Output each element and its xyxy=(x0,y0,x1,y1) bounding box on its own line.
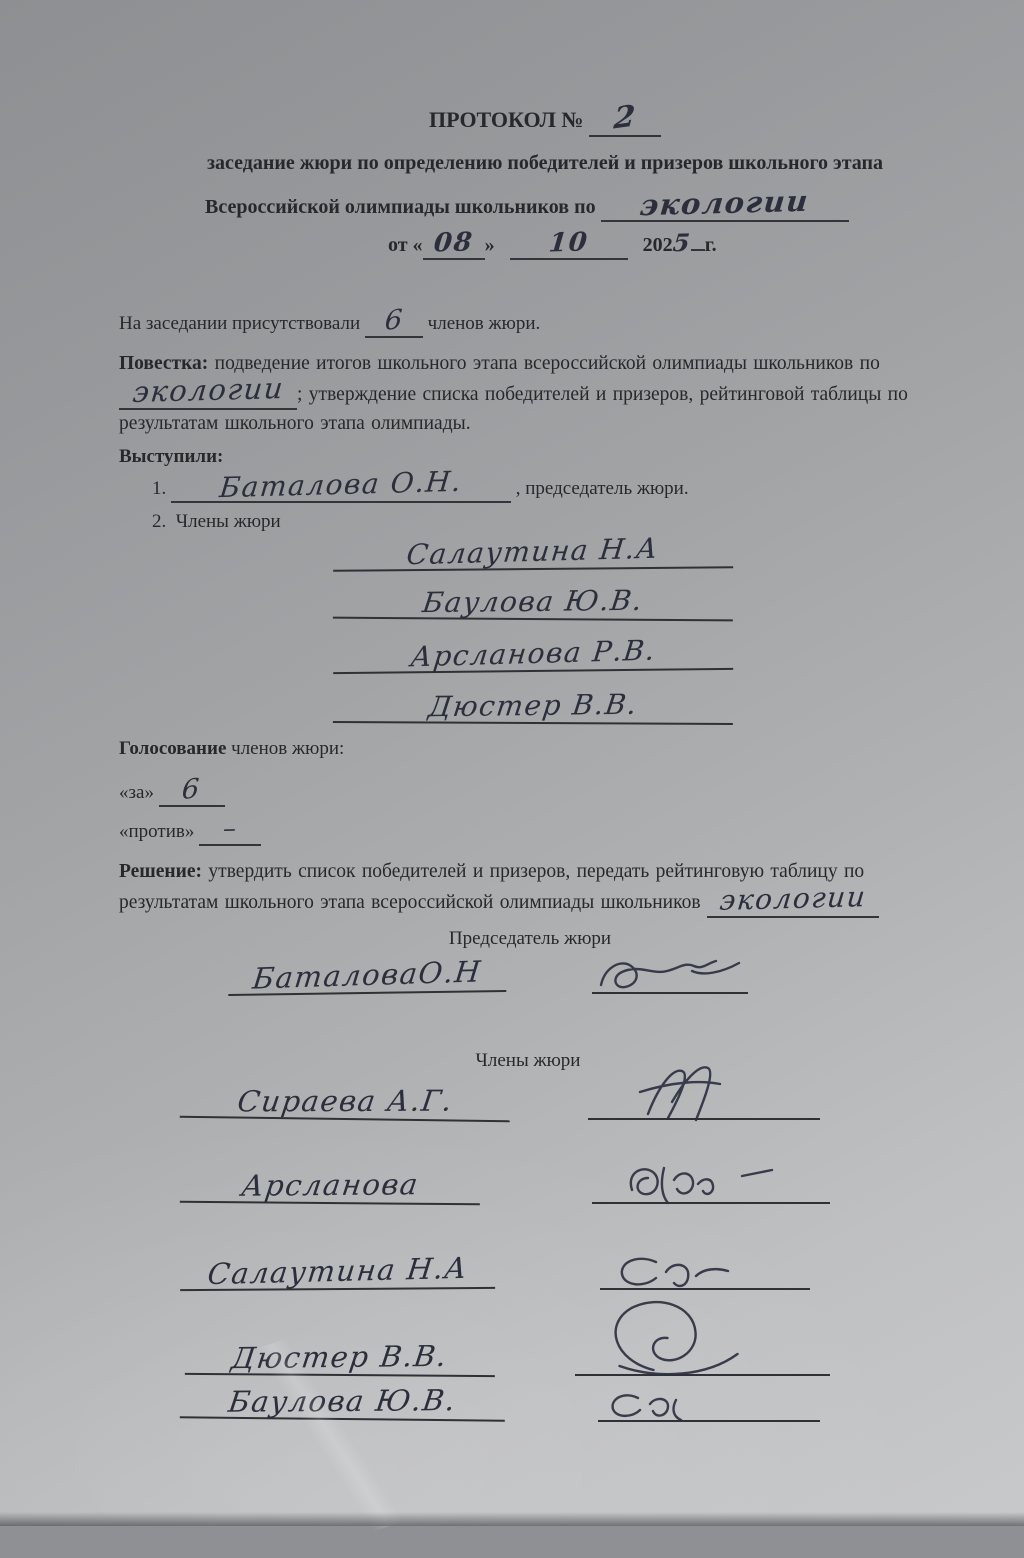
decision-label: Решение: xyxy=(119,861,202,882)
chairman-name-blank: Баталова О.Н. xyxy=(171,468,511,503)
protocol-number-handwritten: 2 xyxy=(612,99,637,137)
agenda-paragraph: Повестка: подведение итогов школьного эт… xyxy=(119,350,941,437)
vote-for-handwritten: 6 xyxy=(181,773,202,806)
member-line-1: Салаутина Н.А xyxy=(333,526,733,571)
date-prefix: от « xyxy=(388,234,423,256)
agenda-label: Повестка: xyxy=(119,353,208,374)
agenda-subject-handwritten: экологии xyxy=(131,375,285,406)
member-signature-scribble-1 xyxy=(588,1062,820,1122)
date-day-blank: 08 xyxy=(423,228,485,260)
subject-blank-title: экологии xyxy=(601,186,849,222)
date-month-blank: 10 xyxy=(510,228,628,260)
chairman-signature-name: БаталоваО.Н xyxy=(228,948,507,996)
subject-handwritten-title: экологии xyxy=(638,184,811,222)
chairman-heading: Председатель жюри xyxy=(0,928,1024,950)
member-line-1-handwritten: Салаутина Н.А xyxy=(405,532,661,572)
member-sign-row-1-name: Сираева А.Г. xyxy=(180,1076,511,1123)
vote-for-row: «за» 6 xyxy=(119,774,225,807)
member-sign-row-2-name: Арсланова xyxy=(180,1161,480,1206)
member-signature-scribble-2 xyxy=(592,1156,830,1206)
member-sign-row-2-signature xyxy=(592,1152,830,1204)
vote-against-blank: – xyxy=(199,814,261,846)
member-signature-scribble-4 xyxy=(575,1296,830,1378)
speaker-item-2-num: 2. xyxy=(152,511,166,532)
attendance-count-blank: 6 xyxy=(365,305,423,338)
member-sign-row-5-signature xyxy=(598,1382,820,1422)
vote-against-label: «против» xyxy=(119,821,194,842)
member-signature-scribble-5 xyxy=(598,1386,820,1424)
agenda-line1: подведение итогов школьного этапа всерос… xyxy=(215,353,880,374)
speaker-item-1-role: , председатель жюри. xyxy=(516,478,689,499)
date-year-printed: 202 xyxy=(643,234,673,256)
speaker-item-2-label: Члены жюри xyxy=(176,511,281,532)
subtitle-line2: Всероссийской олимпиады школьников по эк… xyxy=(205,186,849,222)
voting-row: Голосование членов жюри: xyxy=(119,738,344,760)
member-sign-row-1-signature xyxy=(588,1058,820,1120)
member-line-4-handwritten: Дюстер В.В. xyxy=(426,688,639,724)
decision-paragraph: Решение: утвердить список победителей и … xyxy=(119,858,949,918)
member-sign-row-4-signature xyxy=(575,1292,830,1376)
speaker-item-1-num: 1. xyxy=(152,478,166,499)
decision-subject-handwritten: экологии xyxy=(718,883,867,914)
speakers-label: Выступили: xyxy=(119,446,223,468)
subtitle-line1: заседание жюри по определению победителе… xyxy=(0,152,1024,175)
date-row: от «08» 10 2025г. xyxy=(388,228,717,260)
member-sign-row-3-handwritten: Салаутина Н.А xyxy=(205,1251,469,1291)
date-day-handwritten: 08 xyxy=(432,227,474,258)
chairman-signature-cell xyxy=(592,950,748,994)
member-line-2-handwritten: Баулова Ю.В. xyxy=(421,584,646,619)
attendance-row: На заседании присутствовали 6 членов жюр… xyxy=(119,305,540,338)
vote-for-label: «за» xyxy=(119,782,154,803)
title-row: ПРОТОКОЛ № 2 xyxy=(0,100,1024,137)
protocol-document-photo: ПРОТОКОЛ № 2 заседание жюри по определен… xyxy=(0,0,1024,1526)
date-quote-close: » xyxy=(485,234,495,256)
date-year-digit-handwritten: 5 xyxy=(671,228,692,257)
member-sign-row-3-name: Салаутина Н.А xyxy=(180,1247,495,1291)
subtitle-line2-text: Всероссийской олимпиады школьников по xyxy=(205,196,596,218)
speaker-item-2: 2. Члены жюри xyxy=(152,511,281,533)
page-title: ПРОТОКОЛ № xyxy=(429,107,583,132)
member-sign-row-3-signature xyxy=(600,1246,810,1290)
voting-label: Голосование xyxy=(119,738,226,759)
date-month-handwritten: 10 xyxy=(547,227,589,258)
member-line-4: Дюстер В.В. xyxy=(333,681,733,725)
decision-subject-blank: экологии xyxy=(707,885,879,918)
protocol-number-blank: 2 xyxy=(589,100,661,137)
member-line-3: Арсланова Р.В. xyxy=(333,628,733,674)
member-sign-row-2-handwritten: Арсланова xyxy=(239,1167,421,1202)
date-year-blank xyxy=(691,249,705,251)
member-line-3-handwritten: Арсланова Р.В. xyxy=(409,634,658,674)
member-signature-scribble-3 xyxy=(600,1250,810,1292)
speaker-item-1: 1. Баталова О.Н. , председатель жюри. xyxy=(152,468,689,503)
vote-for-blank: 6 xyxy=(159,774,225,807)
attendance-after: членов жюри. xyxy=(428,313,541,334)
member-line-2: Баулова Ю.В. xyxy=(333,577,733,622)
photo-edge-shadow xyxy=(0,1512,1024,1526)
members-heading: Члены жюри xyxy=(0,1050,1024,1072)
chairman-signature-name-handwritten: БаталоваО.Н xyxy=(251,954,483,995)
vote-against-handwritten: – xyxy=(221,814,238,844)
vote-against-row: «против» – xyxy=(119,814,261,846)
voting-rest: членов жюри: xyxy=(231,738,344,759)
agenda-subject-blank: экологии xyxy=(119,377,297,410)
attendance-before: На заседании присутствовали xyxy=(119,313,360,334)
member-sign-row-1-handwritten: Сираева А.Г. xyxy=(235,1084,455,1119)
chairman-signature-scribble xyxy=(595,951,745,996)
decision-line2: результатам школьного этапа всероссийско… xyxy=(119,892,701,913)
date-suffix: г. xyxy=(705,234,717,256)
attendance-count-handwritten: 6 xyxy=(383,304,404,337)
chairman-name-handwritten: Баталова О.Н. xyxy=(218,465,464,504)
decision-line1: утвердить список победителей и призеров,… xyxy=(208,861,864,882)
